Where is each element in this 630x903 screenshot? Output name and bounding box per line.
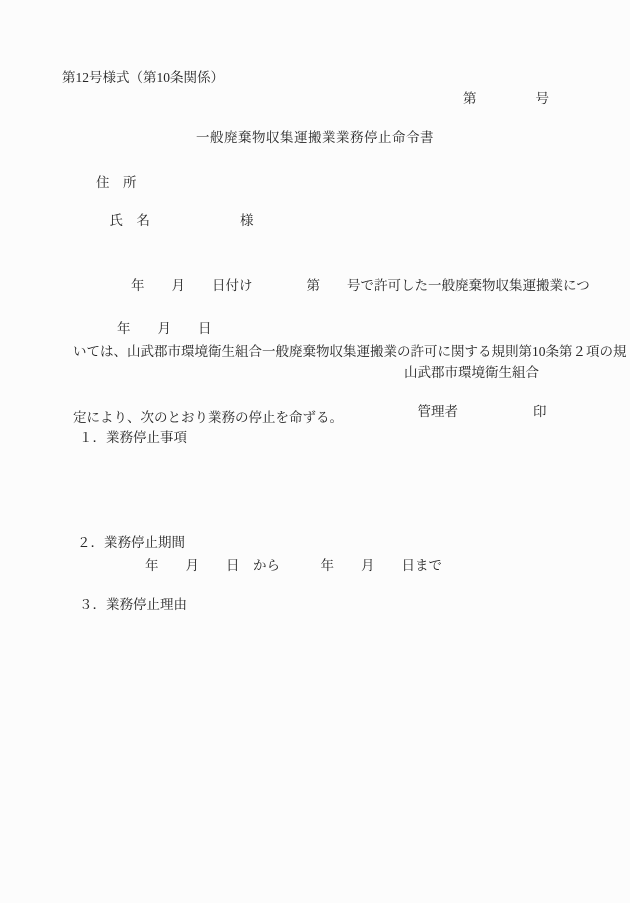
seal-placeholder: 印 — [533, 404, 547, 419]
recipient-address-label: 住 所 — [96, 171, 137, 191]
document-number-field: 第 号 — [463, 87, 550, 107]
suspension-period-field: 年 月 日 から 年 月 日まで — [145, 554, 442, 574]
form-number: 第12号様式（第10条関係） — [62, 66, 224, 86]
issue-date-field: 年 月 日 — [117, 317, 212, 337]
body-line-1: 年 月 日付け 第 号で許可した一般廃棄物収集運搬業につ — [73, 275, 598, 297]
document-page: 第12号様式（第10条関係） 第 号 一般廃棄物収集運搬業業務停止命令書 住 所… — [0, 0, 630, 903]
recipient-honorific: 様 — [240, 213, 254, 228]
item-suspension-period: ２．業務停止期間 — [77, 531, 185, 551]
item-suspension-reason: ３．業務停止理由 — [79, 593, 187, 613]
issuer-organization: 山武郡市環境衛生組合 — [404, 361, 539, 381]
issuer-signature-row: 管理者印 — [404, 384, 547, 436]
item-suspension-matters: １．業務停止事項 — [79, 426, 187, 446]
issuer-title-label: 管理者 — [418, 404, 459, 419]
recipient-name-label: 氏 名 — [110, 213, 151, 228]
page-title: 一般廃棄物収集運搬業業務停止命令書 — [0, 126, 630, 146]
body-line-2: いては、山武郡市環境衛生組合一般廃棄物収集運搬業の許可に関する規則第10条第２項… — [73, 341, 598, 363]
